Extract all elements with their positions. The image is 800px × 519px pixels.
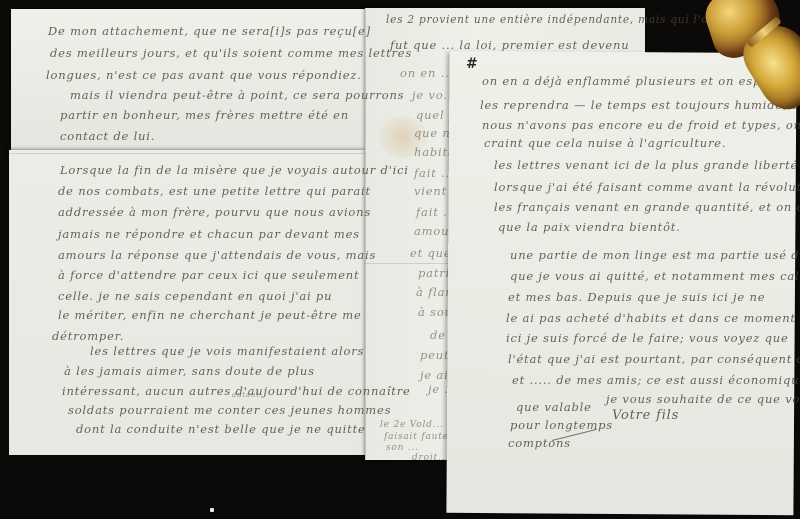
text-line: que valable [516, 400, 592, 414]
text-line: ici je suis forcé de le faire; vous voye… [506, 331, 789, 345]
text-line: que la paix viendra bientôt. [498, 220, 681, 234]
text-line: les lettres venant ici de la plus grande… [494, 158, 798, 172]
text-line: jamais ne répondre et chacun par devant … [58, 227, 360, 241]
text-line: que je vous ai quitté, et notamment mes … [510, 269, 800, 283]
signature: Votre fils [612, 408, 679, 423]
text-line: celle. je ne sais cependant en quoi j'ai… [58, 289, 332, 303]
note-line: son ... [386, 443, 419, 453]
text-line: détromper. [52, 329, 124, 343]
text-line: on en ... [400, 66, 454, 80]
text-line: et mes bas. Depuis que je suis ici je ne [508, 290, 765, 304]
interlinear-addition: autant [232, 391, 260, 399]
text-line: et ..... de mes amis; ce est aussi écono… [512, 373, 800, 387]
text-line: les français venant en grande quantité, … [494, 200, 800, 214]
text-line: le ai pas acheté d'habits et dans ce mom… [506, 311, 796, 325]
text-line: nous n'avons pas encore eu de froid et t… [482, 118, 800, 132]
fold-crease [9, 153, 365, 154]
letters-photo: De mon attachement, que ne sera[i]s pas … [0, 0, 800, 519]
text-line: le mériter, enfin ne cherchant je peut-ê… [58, 308, 362, 322]
text-line: à force d'attendre par ceux ici que seul… [58, 268, 359, 282]
text-line: l'état que j'ai est pourtant, par conséq… [508, 352, 800, 366]
text-line: longues, n'est ce pas avant que vous rép… [46, 68, 362, 82]
text-line: amours la réponse que j'attendais de vou… [58, 248, 376, 262]
note-line: droit... [412, 453, 449, 463]
text-line: mais il viendra peut-être à point, ce se… [70, 88, 404, 102]
note-line: le 2e Vold... [380, 420, 444, 430]
text-line: lorsque j'ai été faisant comme avant la … [494, 180, 800, 194]
text-line: De mon attachement, que ne sera[i]s pas … [48, 24, 371, 38]
brass-seal-object [700, 0, 800, 118]
text-line: les 2 provient une entière indépendante,… [386, 12, 716, 26]
text-line: fut que ... la loi, premier est devenu [390, 38, 629, 52]
text-line: partir en bonheur, mes frères mettre été… [60, 108, 349, 122]
text-line: craint que cela nuise à l'agriculture. [484, 136, 726, 150]
text-line: de nos combats, est une petite lettre qu… [58, 184, 371, 198]
text-line: des meilleurs jours, et qu'ils soient co… [50, 46, 412, 60]
text-line: Lorsque la fin de la misère que je voyai… [60, 163, 409, 177]
text-line: addressée à mon frère, pourvu que nous a… [58, 205, 371, 219]
text-line: je vous souhaite de ce que vous ... [606, 392, 800, 406]
hash-mark: # [466, 56, 478, 72]
dust-speck [210, 508, 214, 512]
text-line: pour longtemps [510, 418, 613, 432]
text-line: à les jamais aimer, sans doute de plus [64, 364, 315, 378]
text-line: dont la conduite n'est belle que je ne q… [76, 422, 366, 436]
text-line: une partie de mon linge est ma partie us… [510, 248, 800, 262]
text-line: les lettres que je vois manifestaient al… [90, 344, 364, 358]
text-line: soldats pourraient me conter ces jeunes … [68, 403, 391, 417]
text-line: contact de lui. [60, 129, 155, 143]
